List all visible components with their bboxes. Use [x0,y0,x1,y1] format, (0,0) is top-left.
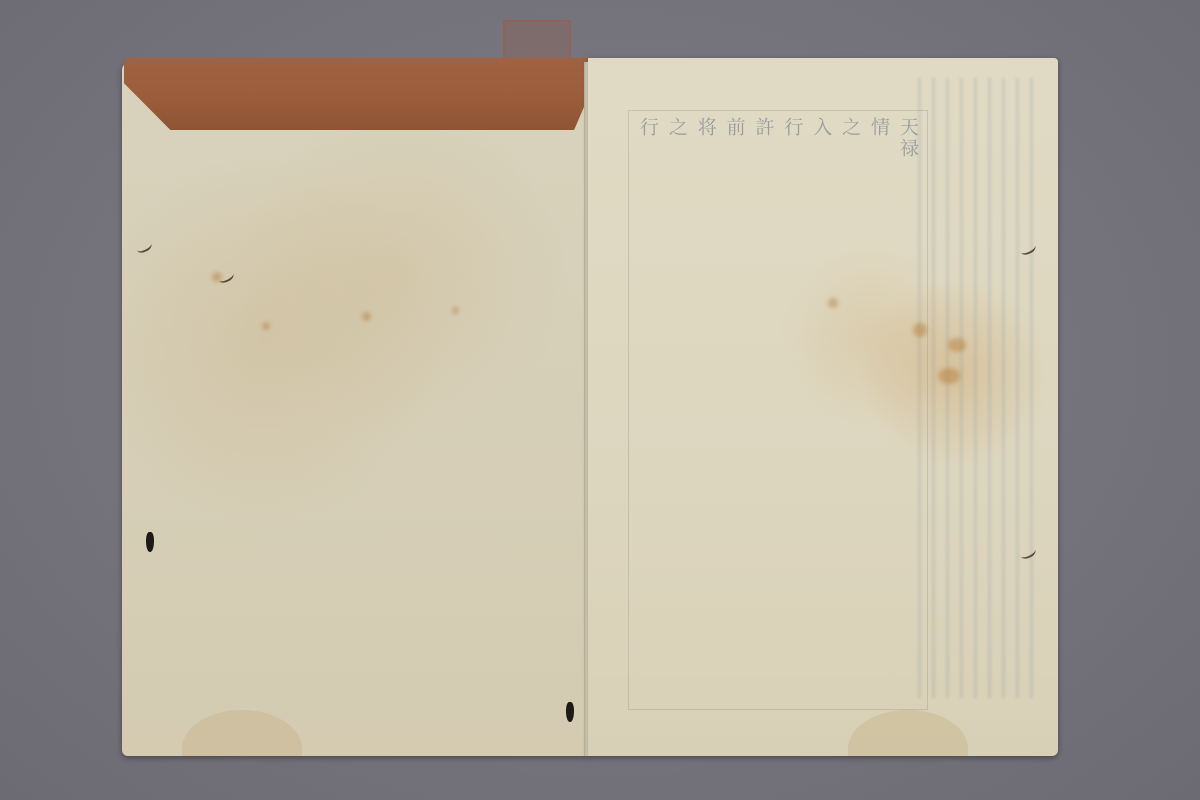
text-column: 許 [753,117,775,703]
binding-string-mark [217,269,236,285]
foxing-stain [828,298,838,308]
text-column: 行 [637,117,659,703]
text-column: 行 [781,117,803,703]
foxing-stain [262,322,270,330]
text-column: 之 [666,117,688,703]
brown-cover-flap [124,58,588,130]
binding-hole [146,532,154,552]
foxing-stain [938,368,960,384]
text-column: 将 [695,117,717,703]
text-column: 情 [868,117,890,703]
water-stain [848,710,968,756]
foxing-stain [362,312,371,321]
text-column: 之 [839,117,861,703]
right-page: 天禄 情 之 入 行 許 前 将 之 行 [588,58,1058,756]
foxing-stain [948,338,966,352]
bleed-through-text [918,78,1038,698]
text-column: 天禄 [897,117,919,703]
binding-string-mark [135,239,154,255]
text-column: 前 [724,117,746,703]
manuscript-text-block: 天禄 情 之 入 行 許 前 将 之 行 [628,110,928,710]
text-column: 入 [810,117,832,703]
foxing-stain [452,307,459,314]
foxing-stain [913,323,927,337]
binding-hole [566,702,574,722]
left-page [122,62,588,756]
open-book: 天禄 情 之 入 行 許 前 将 之 行 [118,58,1064,760]
water-stain [182,710,302,756]
